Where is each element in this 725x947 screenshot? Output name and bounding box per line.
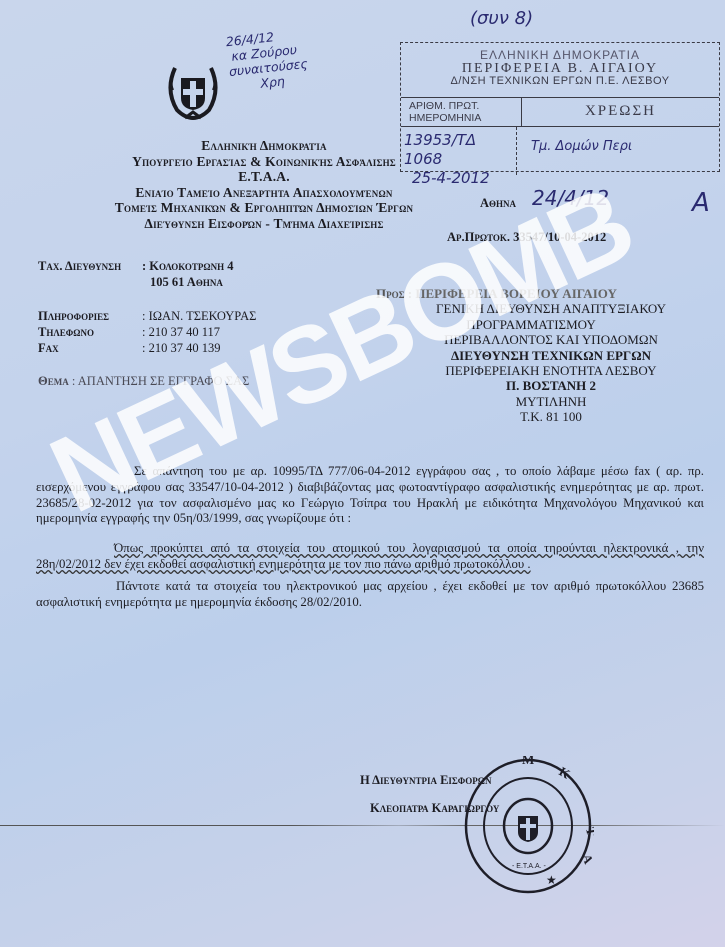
recipient-line: ΔΙΕΥΘΥΝΣΗ ΤΕΧΝΙΚΩΝ ΕΡΓΩΝ: [376, 348, 725, 363]
recipient-line: ΓΕΝΙΚΗ ΔΙΕΥΘΥΝΣΗ ΑΝΑΠΤΥΞΙΑΚΟΥ: [376, 301, 725, 316]
recipient-line: ΠΕΡΙΦΕΡΕΙΑΚΗ ΕΝΟΤΗΤΑ ΛΕΣΒΟΥ: [376, 363, 725, 378]
recipient-line: ΠΕΡΙΒΑΛΛΟΝΤΟΣ ΚΑΙ ΥΠΟΔΟΜΩΝ: [376, 332, 725, 347]
stamp-authority: ΕΛΛΗΝΙΚΗ ΔΗΜΟΚΡΑΤΙΑ ΠΕΡΙΦΕΡΕΙΑ Β. ΑΙΓΑΙΟ…: [401, 43, 719, 98]
protocol-value: 33547/10-04-2012: [513, 230, 606, 244]
greek-coat-of-arms-icon: [165, 60, 221, 122]
header-line: Διεύθυνση Εισφορών - Τμήμα Διαχείρισης: [48, 216, 480, 232]
subject: Θεμα : ΑΠΑΝΤΗΣΗ ΣΕ ΕΓΓΡΑΦΟ ΣΑΣ: [38, 374, 249, 389]
protocol-number: Αρ.Πρωτοκ. 33547/10-04-2012: [447, 230, 606, 245]
recipient-line: Τ.Κ. 81 100: [376, 409, 725, 424]
incoming-stamp: ΕΛΛΗΝΙΚΗ ΔΗΜΟΚΡΑΤΙΑ ΠΕΡΙΦΕΡΕΙΑ Β. ΑΙΓΑΙΟ…: [400, 42, 720, 172]
subject-value: : ΑΠΑΝΤΗΣΗ ΣΕ ΕΓΓΡΑΦΟ ΣΑΣ: [72, 374, 249, 388]
official-seal-icon: Α Τ Κ Μ ★ - Ε.Τ.Α.Α. -: [462, 756, 594, 896]
svg-text:- Ε.Τ.Α.Α. -: - Ε.Τ.Α.Α. -: [512, 863, 547, 870]
phone-label: Τηλεφωνο: [38, 324, 142, 340]
protocol-label: Αρ.Πρωτοκ.: [447, 230, 510, 244]
recipient-line: ΠΡΟΓΡΑΜΜΑΤΙΣΜΟΥ: [376, 317, 686, 332]
address-city: 105 61 Αθηνα: [142, 274, 223, 290]
body-paragraph-3: Πάντοτε κατά τα στοιχεία του ηλεκτρονικο…: [36, 579, 704, 611]
handwritten-date: 24/4/12: [532, 186, 609, 210]
address-label: Ταχ. Διευθυνση: [38, 258, 142, 274]
initial-mark: A: [692, 188, 710, 218]
place-label: Αθηνα: [480, 196, 516, 211]
subject-label: Θεμα: [38, 374, 69, 388]
fax-value: : 210 37 40 139: [142, 340, 220, 356]
recipient-label: Προς: [376, 286, 405, 301]
letter-body: Σε απάντηση του με αρ. 10995/ΤΔ 777/06-0…: [36, 464, 704, 610]
svg-text:★: ★: [546, 873, 557, 887]
svg-text:Τ: Τ: [583, 826, 594, 837]
sender-info: Ταχ. Διευθυνση : Κολοκοτρωνη 4 105 61 Αθ…: [38, 258, 256, 356]
handwritten-tag: (συν 8): [470, 8, 533, 29]
svg-text:Μ: Μ: [522, 756, 534, 767]
recipient-line: Π. ΒΟΣΤΑΝΗ 2: [376, 378, 725, 393]
stamp-line: Δ/ΝΣΗ ΤΕΧΝΙΚΩΝ ΕΡΓΩΝ Π.Ε. ΛΕΣΒΟΥ: [401, 75, 719, 88]
stamp-label: ΗΜΕΡΟΜΗΝΙΑ: [409, 112, 521, 124]
svg-text:Α: Α: [579, 852, 594, 867]
body-paragraph-2: Όπως προκύπτει από τα στοιχεία του ατομι…: [36, 541, 704, 573]
stamp-charge-label: ΧΡΕΩΣΗ: [522, 98, 719, 126]
phone-value: : 210 37 40 117: [142, 324, 220, 340]
stamp-line: ΠΕΡΙΦΕΡΕΙΑ Β. ΑΙΓΑΙΟΥ: [401, 62, 719, 75]
recipient-first-line: Προς : ΠΕΡΙΦΕΡΕΙΑ ΒΟΡΕΙΟΥ ΑΙΓΑΙΟΥ: [376, 286, 725, 301]
info-value: : ΙΩΑΝ. ΤΣΕΚΟΥΡΑΣ: [142, 308, 256, 324]
stamp-label: ΑΡΙΘΜ. ΠΡΩΤ.: [409, 100, 521, 112]
address-value: : Κολοκοτρωνη 4: [142, 258, 233, 274]
stamp-charge-handwritten: Τμ. Δομών Περι: [517, 127, 719, 175]
handwritten-note: 26/4/12 κα Ζούρου συναιτούσες Χρη: [225, 26, 310, 94]
info-label: Πληροφοριες: [38, 308, 142, 324]
recipient-block: Προς : ΠΕΡΙΦΕΡΕΙΑ ΒΟΡΕΙΟΥ ΑΙΓΑΙΟΥ ΓΕΝΙΚΗ…: [376, 286, 725, 425]
fax-label: Fax: [38, 340, 142, 356]
body-paragraph-1: Σε απάντηση του με αρ. 10995/ΤΔ 777/06-0…: [36, 464, 704, 527]
recipient-line: : ΠΕΡΙΦΕΡΕΙΑ ΒΟΡΕΙΟΥ ΑΙΓΑΙΟΥ: [408, 286, 617, 301]
stamp-number-date-label: ΑΡΙΘΜ. ΠΡΩΤ. ΗΜΕΡΟΜΗΝΙΑ: [401, 98, 522, 126]
stamp-date: 25-4-2012: [404, 169, 516, 188]
stamp-protocol-number: 13953/ΤΔ 1068: [404, 131, 516, 169]
stamp-protocol-handwritten: 13953/ΤΔ 1068 25-4-2012: [401, 127, 517, 175]
header-line: Τομείς Μηχανικών & Εργοληπτών Δημοσίων Έ…: [48, 200, 480, 216]
recipient-line: ΜΥΤΙΛΗΝΗ: [376, 394, 725, 409]
divider-line: [0, 825, 725, 826]
